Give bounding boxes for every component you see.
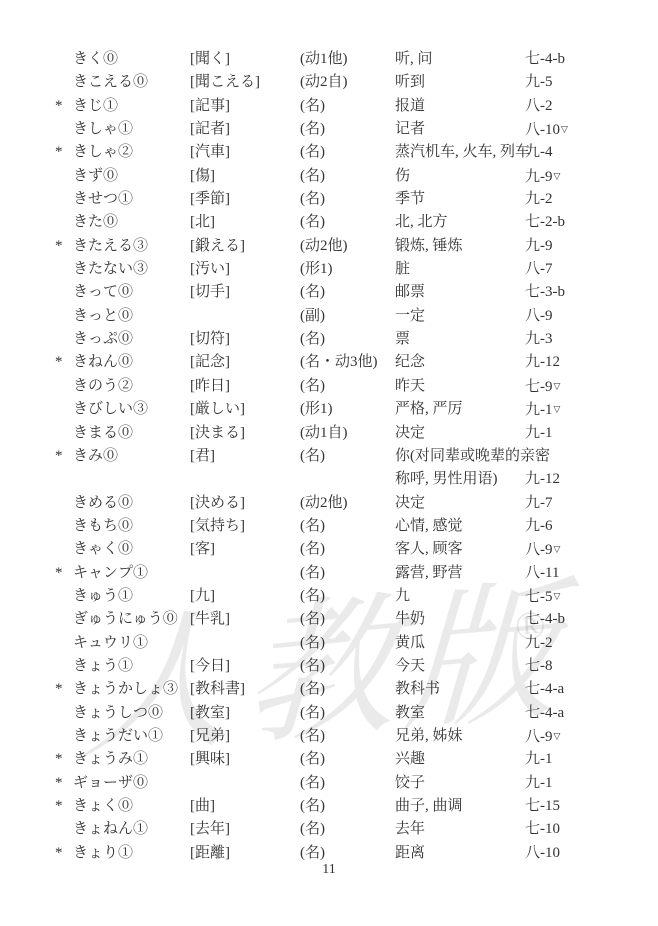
lesson-ref-text: 九-4: [525, 144, 553, 160]
lesson-ref-text: 七-4-a: [525, 705, 564, 721]
chinese-meaning: 票: [395, 328, 525, 351]
lesson-ref-text: 七-8: [525, 658, 553, 674]
kanji-form: [190, 562, 300, 585]
vocab-row: *きょく⓪[曲](名)曲子, 曲调七-15: [55, 795, 658, 818]
star-mark: *: [55, 678, 73, 701]
kana-word: きしゃ②: [73, 141, 190, 164]
lesson-ref: 九-9: [525, 235, 658, 258]
star-mark: [55, 632, 73, 655]
kanji-form: [190, 772, 300, 795]
chinese-meaning: 听到: [395, 71, 525, 94]
kanji-form: [記者]: [190, 118, 300, 141]
kanji-form: [去年]: [190, 818, 300, 841]
kanji-form: [鍛える]: [190, 235, 300, 258]
kana-word: ギョーザ⓪: [73, 772, 190, 795]
lesson-ref: 八-9: [525, 305, 658, 328]
vocab-row: *キャンプ①(名)露营, 野营八-11: [55, 562, 658, 585]
lesson-ref: 八-11: [525, 562, 658, 585]
part-of-speech: (名): [300, 725, 395, 748]
chinese-meaning: 脏: [395, 258, 525, 281]
vocab-row: きめる⓪[決める](动2他)决定九-7: [55, 492, 658, 515]
lesson-ref: 七-4-b: [525, 48, 658, 71]
vocab-row: きょねん①[去年](名)去年七-10: [55, 818, 658, 841]
vocab-row: きたない③[汚い](形1)脏八-7: [55, 258, 658, 281]
part-of-speech: (动2他): [300, 235, 395, 258]
chinese-meaning: 你(对同辈或晚辈的亲密: [395, 445, 525, 468]
kanji-form: [汽車]: [190, 141, 300, 164]
triangle-mark: ▽: [554, 381, 561, 391]
part-of-speech: (名): [300, 562, 395, 585]
vocab-row: きた⓪[北](名)北, 北方七-2-b: [55, 211, 658, 234]
kana-word: きっぷ⓪: [73, 328, 190, 351]
kana-word: きしゃ①: [73, 118, 190, 141]
star-mark: [55, 375, 73, 398]
lesson-ref: 七-10: [525, 818, 658, 841]
lesson-ref: 七-4-a: [525, 678, 658, 701]
kanji-form: [九]: [190, 585, 300, 608]
kanji-form: [汚い]: [190, 258, 300, 281]
lesson-ref-text: 九-1: [525, 425, 553, 441]
lesson-ref-text: 八-11: [525, 565, 559, 581]
chinese-meaning: 一定: [395, 305, 525, 328]
kana-word: きく⓪: [73, 48, 190, 71]
chinese-meaning: 教科书: [395, 678, 525, 701]
lesson-ref: 七-4-a: [525, 702, 658, 725]
lesson-ref: 七-5▽: [525, 585, 658, 608]
kanji-form: [君]: [190, 445, 300, 468]
chinese-meaning: 黄瓜: [395, 632, 525, 655]
chinese-meaning: 锻炼, 锤炼: [395, 235, 525, 258]
page-number: 11: [0, 862, 658, 878]
lesson-ref: 九-3: [525, 328, 658, 351]
part-of-speech: (名): [300, 748, 395, 771]
lesson-ref-text: 八-9: [525, 729, 553, 745]
part-of-speech: (名): [300, 538, 395, 561]
lesson-ref: 八-9▽: [525, 725, 658, 748]
kana-word: きた⓪: [73, 211, 190, 234]
chinese-meaning: 伤: [395, 165, 525, 188]
chinese-meaning: 邮票: [395, 281, 525, 304]
kana-word: きもち⓪: [73, 515, 190, 538]
vocab-row: きょうだい①[兄弟](名)兄弟, 姊妹八-9▽: [55, 725, 658, 748]
lesson-ref: 七-8: [525, 655, 658, 678]
kana-word: キャンプ①: [73, 562, 190, 585]
vocab-row: *きょうみ①[興味](名)兴趣九-1: [55, 748, 658, 771]
vocab-row: きのう②[昨日](名)昨天七-9▽: [55, 375, 658, 398]
star-mark: [55, 468, 73, 491]
chinese-meaning: 饺子: [395, 772, 525, 795]
lesson-ref: 七-9▽: [525, 375, 658, 398]
chinese-meaning: 季节: [395, 188, 525, 211]
part-of-speech: (名): [300, 772, 395, 795]
part-of-speech: (动2自): [300, 71, 395, 94]
kana-word: きって⓪: [73, 281, 190, 304]
lesson-ref: 八-7: [525, 258, 658, 281]
chinese-meaning: 心情, 感觉: [395, 515, 525, 538]
lesson-ref-text: 九-1: [525, 751, 553, 767]
star-mark: *: [55, 235, 73, 258]
triangle-mark: ▽: [554, 544, 561, 554]
lesson-ref-text: 九-5: [525, 74, 553, 90]
lesson-ref-text: 九-2: [525, 191, 553, 207]
kanji-form: [教室]: [190, 702, 300, 725]
part-of-speech: (名): [300, 608, 395, 631]
kana-word: きじ①: [73, 95, 190, 118]
lesson-ref-text: 九-1: [525, 402, 553, 418]
kana-word: きめる⓪: [73, 492, 190, 515]
lesson-ref: 九-1▽: [525, 398, 658, 421]
vocab-row: きゃく⓪[客](名)客人, 顾客八-9▽: [55, 538, 658, 561]
part-of-speech: (名): [300, 165, 395, 188]
lesson-ref: 七-3-b: [525, 281, 658, 304]
part-of-speech: (副): [300, 305, 395, 328]
vocab-row: キュウリ①(名)黄瓜九-2: [55, 632, 658, 655]
kanji-form: [厳しい]: [190, 398, 300, 421]
kanji-form: [傷]: [190, 165, 300, 188]
vocab-row: きもち⓪[気持ち](名)心情, 感觉九-6: [55, 515, 658, 538]
kanji-form: [気持ち]: [190, 515, 300, 538]
kanji-form: [季節]: [190, 188, 300, 211]
part-of-speech: (形1): [300, 258, 395, 281]
lesson-ref: 七-2-b: [525, 211, 658, 234]
kanji-form: [切手]: [190, 281, 300, 304]
chinese-meaning: 牛奶: [395, 608, 525, 631]
lesson-ref: 九-2: [525, 188, 658, 211]
chinese-meaning: 称呼, 男性用语): [395, 468, 525, 491]
part-of-speech: (名): [300, 702, 395, 725]
kana-word: キュウリ①: [73, 632, 190, 655]
chinese-meaning: 曲子, 曲调: [395, 795, 525, 818]
lesson-ref: 九-5: [525, 71, 658, 94]
lesson-ref: 九-1: [525, 772, 658, 795]
vocab-row: きまる⓪[決まる](动1自)决定九-1: [55, 422, 658, 445]
chinese-meaning: 记者: [395, 118, 525, 141]
star-mark: *: [55, 562, 73, 585]
part-of-speech: (名): [300, 678, 395, 701]
lesson-ref: 九-9▽: [525, 165, 658, 188]
kanji-form: [牛乳]: [190, 608, 300, 631]
lesson-ref-text: 七-5: [525, 589, 553, 605]
part-of-speech: (名): [300, 515, 395, 538]
vocab-row: きず⓪[傷](名)伤九-9▽: [55, 165, 658, 188]
part-of-speech: (动1他): [300, 48, 395, 71]
kanji-form: [兄弟]: [190, 725, 300, 748]
lesson-ref: 九-12: [525, 468, 658, 491]
lesson-ref: 九-12: [525, 351, 658, 374]
vocab-row: きく⓪[聞く](动1他)听, 问七-4-b: [55, 48, 658, 71]
kanji-form: [教科書]: [190, 678, 300, 701]
lesson-ref-text: 八-7: [525, 261, 553, 277]
kana-word: きゅう①: [73, 585, 190, 608]
lesson-ref-text: 九-2: [525, 635, 553, 651]
kanji-form: [190, 305, 300, 328]
star-mark: [55, 702, 73, 725]
chinese-meaning: 兴趣: [395, 748, 525, 771]
chinese-meaning: 严格, 严厉: [395, 398, 525, 421]
kanji-form: [聞く]: [190, 48, 300, 71]
kana-word: [73, 468, 190, 491]
lesson-ref-text: 九-7: [525, 495, 553, 511]
star-mark: [55, 725, 73, 748]
vocab-row: *きねん⓪[記念](名・动3他)纪念九-12: [55, 351, 658, 374]
triangle-mark: ▽: [554, 404, 561, 414]
chinese-meaning: 今天: [395, 655, 525, 678]
vocab-row: きこえる⓪[聞こえる](动2自)听到九-5: [55, 71, 658, 94]
chinese-meaning: 昨天: [395, 375, 525, 398]
chinese-meaning: 九: [395, 585, 525, 608]
part-of-speech: (名): [300, 211, 395, 234]
kanji-form: [北]: [190, 211, 300, 234]
part-of-speech: (名): [300, 445, 395, 468]
part-of-speech: (名): [300, 141, 395, 164]
lesson-ref-text: 七-4-b: [525, 611, 565, 627]
kana-word: ぎゅうにゅう⓪: [73, 608, 190, 631]
part-of-speech: (名): [300, 655, 395, 678]
vocab-row: きしゃ①[記者](名)记者八-10▽: [55, 118, 658, 141]
star-mark: *: [55, 445, 73, 468]
vocab-row: *きみ⓪[君](名)你(对同辈或晚辈的亲密: [55, 445, 658, 468]
kanji-form: [興味]: [190, 748, 300, 771]
vocab-row: きょう①[今日](名)今天七-8: [55, 655, 658, 678]
kanji-form: [記念]: [190, 351, 300, 374]
lesson-ref: 八-10▽: [525, 118, 658, 141]
vocab-row: *きじ①[記事](名)报道八-2: [55, 95, 658, 118]
lesson-ref-text: 九-12: [525, 354, 560, 370]
part-of-speech: (名): [300, 188, 395, 211]
star-mark: [55, 211, 73, 234]
kana-word: きのう②: [73, 375, 190, 398]
star-mark: *: [55, 772, 73, 795]
lesson-ref-text: 八-9: [525, 542, 553, 558]
vocab-row: きっと⓪(副)一定八-9: [55, 305, 658, 328]
star-mark: [55, 258, 73, 281]
lesson-ref: 七-15: [525, 795, 658, 818]
part-of-speech: (名): [300, 375, 395, 398]
part-of-speech: (名): [300, 328, 395, 351]
lesson-ref-text: 九-3: [525, 331, 553, 347]
star-mark: *: [55, 748, 73, 771]
lesson-ref-text: 七-4-a: [525, 681, 564, 697]
vocab-row: きって⓪[切手](名)邮票七-3-b: [55, 281, 658, 304]
chinese-meaning: 蒸汽机车, 火车, 列车: [395, 141, 525, 164]
part-of-speech: (形1): [300, 398, 395, 421]
kanji-form: [昨日]: [190, 375, 300, 398]
lesson-ref: 九-1: [525, 748, 658, 771]
chinese-meaning: 去年: [395, 818, 525, 841]
chinese-meaning: 露营, 野营: [395, 562, 525, 585]
chinese-meaning: 客人, 顾客: [395, 538, 525, 561]
triangle-mark: ▽: [554, 591, 561, 601]
vocab-row: きょうしつ⓪[教室](名)教室七-4-a: [55, 702, 658, 725]
vocab-row: きせつ①[季節](名)季节九-2: [55, 188, 658, 211]
lesson-ref-text: 八-2: [525, 98, 553, 114]
lesson-ref-text: 七-2-b: [525, 214, 565, 230]
part-of-speech: [300, 468, 395, 491]
kanji-form: [決める]: [190, 492, 300, 515]
triangle-mark: ▽: [561, 124, 568, 134]
lesson-ref: [525, 445, 658, 468]
lesson-ref-text: 八-10: [525, 122, 560, 138]
lesson-ref: 九-7: [525, 492, 658, 515]
lesson-ref-text: 八-9: [525, 308, 553, 324]
lesson-ref-text: 九-1: [525, 775, 553, 791]
vocab-row: ぎゅうにゅう⓪[牛乳](名)牛奶七-4-b: [55, 608, 658, 631]
star-mark: [55, 608, 73, 631]
triangle-mark: ▽: [554, 731, 561, 741]
lesson-ref-text: 七-15: [525, 798, 560, 814]
chinese-meaning: 教室: [395, 702, 525, 725]
lesson-ref: 九-6: [525, 515, 658, 538]
chinese-meaning: 纪念: [395, 351, 525, 374]
star-mark: [55, 422, 73, 445]
lesson-ref-text: 九-9: [525, 169, 553, 185]
lesson-ref-text: 八-10: [525, 845, 560, 861]
part-of-speech: (名): [300, 95, 395, 118]
star-mark: [55, 515, 73, 538]
kana-word: きょうかしょ③: [73, 678, 190, 701]
star-mark: [55, 655, 73, 678]
part-of-speech: (名): [300, 795, 395, 818]
kana-word: きこえる⓪: [73, 71, 190, 94]
kana-word: きまる⓪: [73, 422, 190, 445]
lesson-ref: 九-2: [525, 632, 658, 655]
kana-word: きず⓪: [73, 165, 190, 188]
lesson-ref: 八-9▽: [525, 538, 658, 561]
lesson-ref-text: 七-4-b: [525, 51, 565, 67]
kanji-form: [記事]: [190, 95, 300, 118]
vocab-row: *きしゃ②[汽車](名)蒸汽机车, 火车, 列车九-4: [55, 141, 658, 164]
kanji-form: [決まる]: [190, 422, 300, 445]
vocab-row: *きょうかしょ③[教科書](名)教科书七-4-a: [55, 678, 658, 701]
lesson-ref-text: 九-6: [525, 518, 553, 534]
lesson-ref: 九-4: [525, 141, 658, 164]
lesson-ref-text: 七-10: [525, 821, 560, 837]
star-mark: [55, 305, 73, 328]
chinese-meaning: 报道: [395, 95, 525, 118]
kanji-form: [客]: [190, 538, 300, 561]
kanji-form: [切符]: [190, 328, 300, 351]
triangle-mark: ▽: [554, 171, 561, 181]
lesson-ref-text: 七-9: [525, 379, 553, 395]
kana-word: きょうしつ⓪: [73, 702, 190, 725]
kana-word: きせつ①: [73, 188, 190, 211]
chinese-meaning: 听, 问: [395, 48, 525, 71]
kanji-form: [聞こえる]: [190, 71, 300, 94]
star-mark: *: [55, 795, 73, 818]
kana-word: きたえる③: [73, 235, 190, 258]
kana-word: きみ⓪: [73, 445, 190, 468]
vocab-row: きっぷ⓪[切符](名)票九-3: [55, 328, 658, 351]
chinese-meaning: 决定: [395, 422, 525, 445]
vocab-row: きゅう①[九](名)九七-5▽: [55, 585, 658, 608]
star-mark: [55, 328, 73, 351]
lesson-ref: 七-4-b: [525, 608, 658, 631]
star-mark: [55, 118, 73, 141]
kana-word: きょうみ①: [73, 748, 190, 771]
part-of-speech: (名): [300, 818, 395, 841]
part-of-speech: (名): [300, 632, 395, 655]
part-of-speech: (名): [300, 281, 395, 304]
lesson-ref-text: 七-3-b: [525, 284, 565, 300]
star-mark: [55, 818, 73, 841]
kana-word: きゃく⓪: [73, 538, 190, 561]
vocab-row: きびしい③[厳しい](形1)严格, 严厉九-1▽: [55, 398, 658, 421]
star-mark: [55, 48, 73, 71]
star-mark: [55, 492, 73, 515]
part-of-speech: (名): [300, 585, 395, 608]
lesson-ref: 九-1: [525, 422, 658, 445]
vocab-row: *ギョーザ⓪(名)饺子九-1: [55, 772, 658, 795]
kana-word: きびしい③: [73, 398, 190, 421]
star-mark: *: [55, 141, 73, 164]
star-mark: [55, 585, 73, 608]
star-mark: [55, 281, 73, 304]
chinese-meaning: 兄弟, 姊妹: [395, 725, 525, 748]
kana-word: きょう①: [73, 655, 190, 678]
part-of-speech: (动2他): [300, 492, 395, 515]
star-mark: [55, 165, 73, 188]
star-mark: *: [55, 351, 73, 374]
kana-word: きっと⓪: [73, 305, 190, 328]
vocab-row-continuation: 称呼, 男性用语)九-12: [55, 468, 658, 491]
part-of-speech: (动1自): [300, 422, 395, 445]
lesson-ref-text: 九-12: [525, 471, 560, 487]
star-mark: [55, 538, 73, 561]
kana-word: きたない③: [73, 258, 190, 281]
star-mark: [55, 71, 73, 94]
chinese-meaning: 决定: [395, 492, 525, 515]
kana-word: きねん⓪: [73, 351, 190, 374]
chinese-meaning: 北, 北方: [395, 211, 525, 234]
kana-word: きょねん①: [73, 818, 190, 841]
kana-word: きょく⓪: [73, 795, 190, 818]
star-mark: [55, 398, 73, 421]
part-of-speech: (名): [300, 118, 395, 141]
lesson-ref-text: 九-9: [525, 238, 553, 254]
star-mark: [55, 188, 73, 211]
kanji-form: [190, 468, 300, 491]
part-of-speech: (名・动3他): [300, 351, 395, 374]
star-mark: *: [55, 95, 73, 118]
vocab-rows: きく⓪[聞く](动1他)听, 问七-4-bきこえる⓪[聞こえる](动2自)听到九…: [55, 48, 658, 865]
vocab-row: *きたえる③[鍛える](动2他)锻炼, 锤炼九-9: [55, 235, 658, 258]
kanji-form: [曲]: [190, 795, 300, 818]
kanji-form: [今日]: [190, 655, 300, 678]
vocabulary-page: 人教版 ® きく⓪[聞く](动1他)听, 问七-4-bきこえる⓪[聞こえる](动…: [0, 0, 658, 926]
kana-word: きょうだい①: [73, 725, 190, 748]
kanji-form: [190, 632, 300, 655]
lesson-ref: 八-2: [525, 95, 658, 118]
